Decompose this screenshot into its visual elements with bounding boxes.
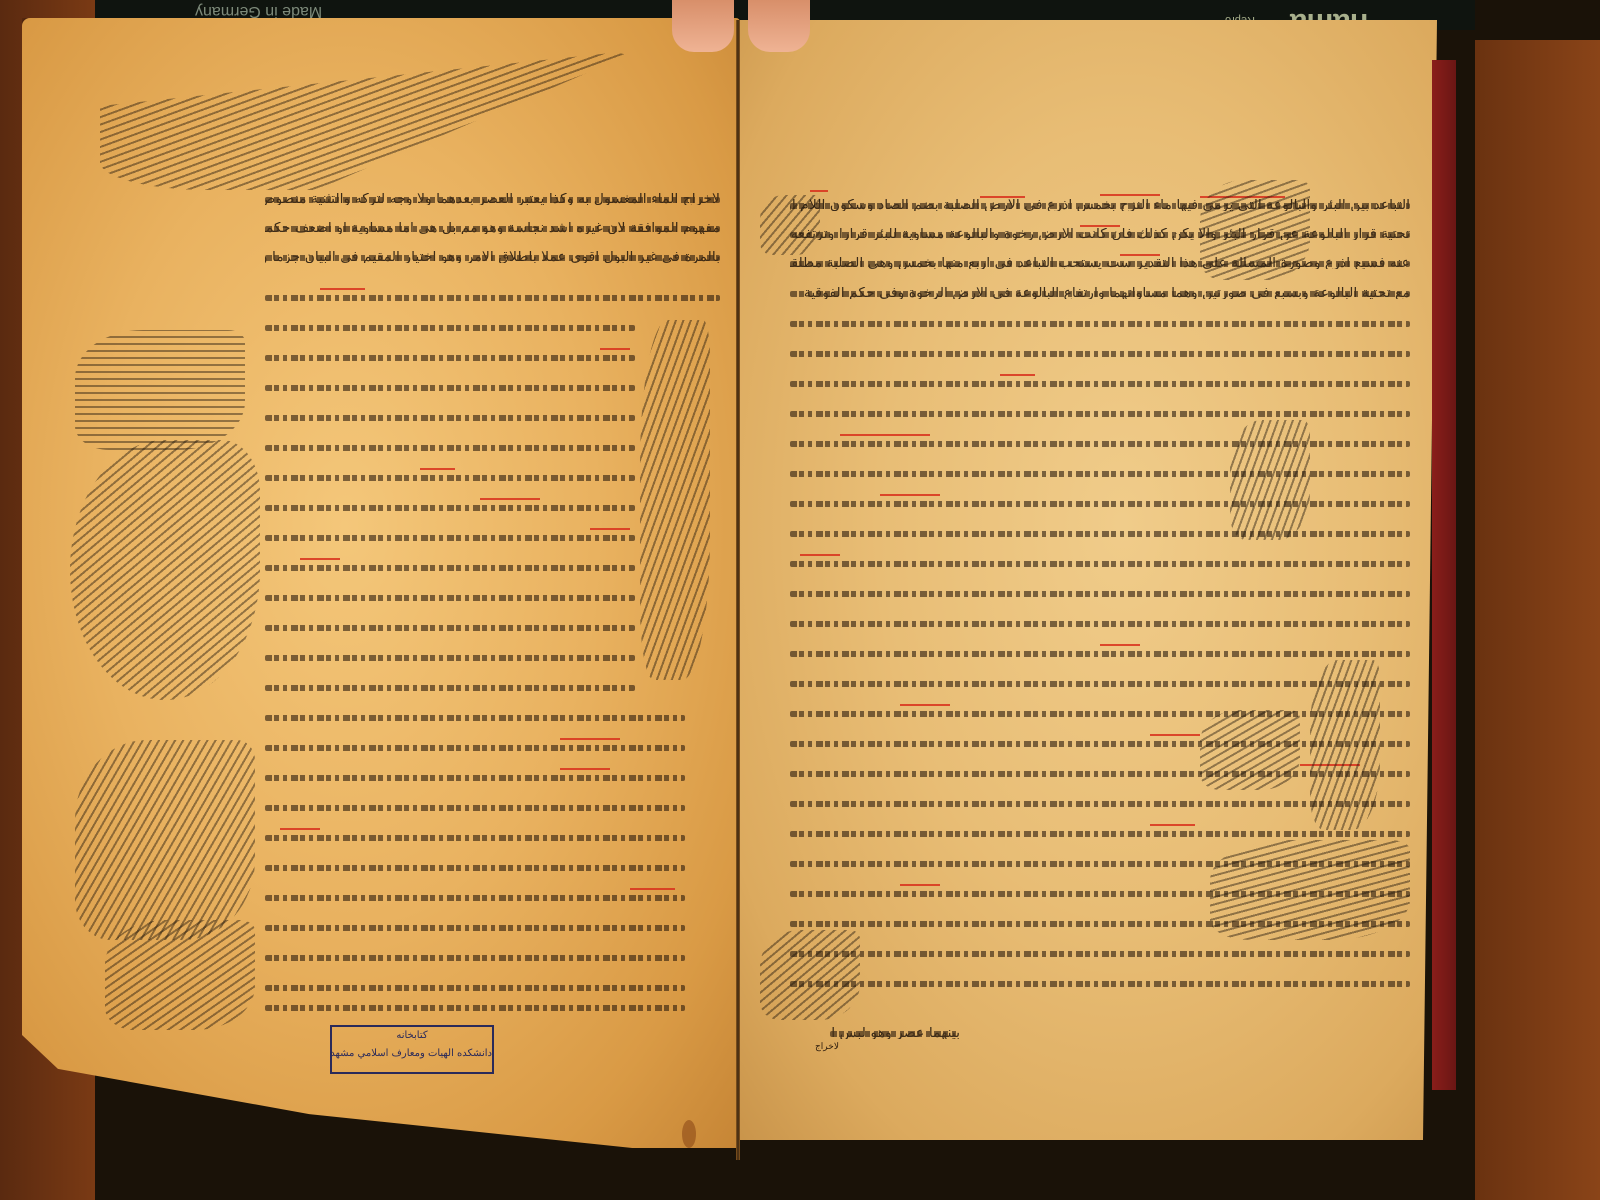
rubric-overline (1080, 225, 1120, 227)
right-margin-gloss-4 (1200, 710, 1300, 790)
left-text-line-1: لاخراج الماء المغسول به وكذا يعتبر العصر… (265, 193, 720, 205)
rubric-overline (590, 528, 630, 530)
left-margin-gloss-3 (75, 740, 255, 940)
left-text-line (265, 981, 685, 993)
right-text-line (790, 317, 1410, 329)
left-text-line (265, 531, 635, 543)
left-text-line (265, 621, 635, 633)
left-text-line-3: بالمرة في غير البول اقوى عملا باطلاق الا… (265, 251, 720, 263)
right-margin-gloss-3 (1310, 660, 1380, 830)
right-text-line-3: عنه فسبع اذرع وصورة المسألة على هذا التق… (790, 257, 1410, 269)
finger-left (672, 0, 734, 52)
left-text-line (265, 1001, 685, 1013)
right-text-line (790, 617, 1410, 629)
right-text-line (790, 467, 1410, 479)
left-text-line (265, 771, 685, 783)
left-text-line (265, 831, 685, 843)
rubric-overline (1100, 644, 1140, 646)
right-text-line (790, 347, 1410, 359)
left-text-line (265, 351, 635, 363)
rubric-overline (840, 434, 930, 436)
library-ownership-stamp: كتابخانه دانشكده الهيات ومعارف اسلامي مش… (330, 1025, 494, 1074)
made-in-germany-label: Made in Germany (195, 2, 322, 20)
left-text-line (265, 381, 635, 393)
finger-right (748, 0, 810, 52)
rubric-overline (1000, 374, 1035, 376)
book-cover-edge (1432, 60, 1456, 1090)
right-text-line (790, 437, 1410, 449)
rubric-overline (1100, 194, 1160, 196)
right-inner-margin-gloss (760, 195, 820, 255)
left-margin-gloss-4 (105, 920, 255, 1030)
right-text-line (790, 527, 1410, 539)
left-text-line (265, 681, 635, 693)
left-text-line (265, 651, 635, 663)
rubric-overline (880, 494, 940, 496)
rubric-overline (420, 468, 455, 470)
right-text-line (790, 647, 1410, 659)
left-text-line (265, 291, 720, 303)
rubric-overline (320, 288, 365, 290)
rubric-overline (900, 884, 940, 886)
right-text-line (790, 377, 1410, 389)
left-text-line (265, 411, 635, 423)
right-text-line (790, 977, 1410, 989)
left-text-line (265, 801, 685, 813)
rubric-overline (480, 498, 540, 500)
rubric-overline (1150, 734, 1200, 736)
right-text-line (790, 497, 1410, 509)
page-stain (682, 1120, 696, 1148)
rubric-overline (600, 348, 630, 350)
right-text-line-4: مع تحتية البالوعة وبسبع في صورتين وهما م… (790, 287, 1410, 299)
left-margin-gloss-2 (70, 440, 260, 700)
left-text-line (265, 951, 685, 963)
right-text-line (790, 407, 1410, 419)
rubric-overline (300, 558, 340, 560)
right-bottom-line: بينهما عصر وهو لبس الثوب بالمعتاد (830, 1027, 960, 1039)
left-text-line (265, 561, 635, 573)
rubric-overline (560, 738, 620, 740)
left-inner-margin-gloss (640, 320, 710, 680)
rubric-overline (280, 828, 320, 830)
rubric-overline (800, 554, 840, 556)
right-text-line (790, 557, 1410, 569)
left-text-line (265, 921, 685, 933)
catchword: لاخراج (815, 1042, 839, 1052)
left-text-line (265, 441, 635, 453)
right-margin-gloss-6 (760, 930, 860, 1020)
rubric-overline (560, 768, 610, 770)
left-text-line (265, 321, 635, 333)
stamp-line-2: دانشكده الهيات ومعارف اسلامي مشهد (332, 1045, 492, 1063)
right-text-line (790, 587, 1410, 599)
rubric-overline (980, 196, 1025, 198)
left-text-line (265, 501, 635, 513)
left-text-line (265, 861, 685, 873)
rubric-overline (900, 704, 950, 706)
right-margin-gloss-5 (1210, 840, 1410, 940)
rubric-overline (1120, 254, 1160, 256)
right-text-line (790, 827, 1410, 839)
left-text-line (265, 591, 635, 603)
rubric-overline (630, 888, 675, 890)
left-text-line-2: مفهوم الموافقة لان غيره اشد نجاسة وهو مم… (265, 222, 720, 234)
left-text-line (265, 471, 635, 483)
background-wood-right (1475, 40, 1600, 1200)
rubric-overline (810, 190, 828, 192)
stamp-line-1: كتابخانه (332, 1027, 492, 1045)
right-text-line-1: التباعد بين البئر والبالوعة التي يرمى في… (790, 199, 1410, 211)
right-text-line-2: تحتية قرار البالوعة عن قرار البئر والا ي… (790, 228, 1410, 240)
rubric-overline (1150, 824, 1195, 826)
left-text-line (265, 891, 685, 903)
left-text-line (265, 711, 685, 723)
book-gutter (736, 20, 740, 1160)
right-text-line (790, 947, 1410, 959)
right-margin-gloss-2 (1230, 420, 1310, 540)
left-margin-gloss-1 (75, 330, 245, 450)
right-margin-gloss-1 (1200, 180, 1310, 280)
left-text-line (265, 741, 685, 753)
